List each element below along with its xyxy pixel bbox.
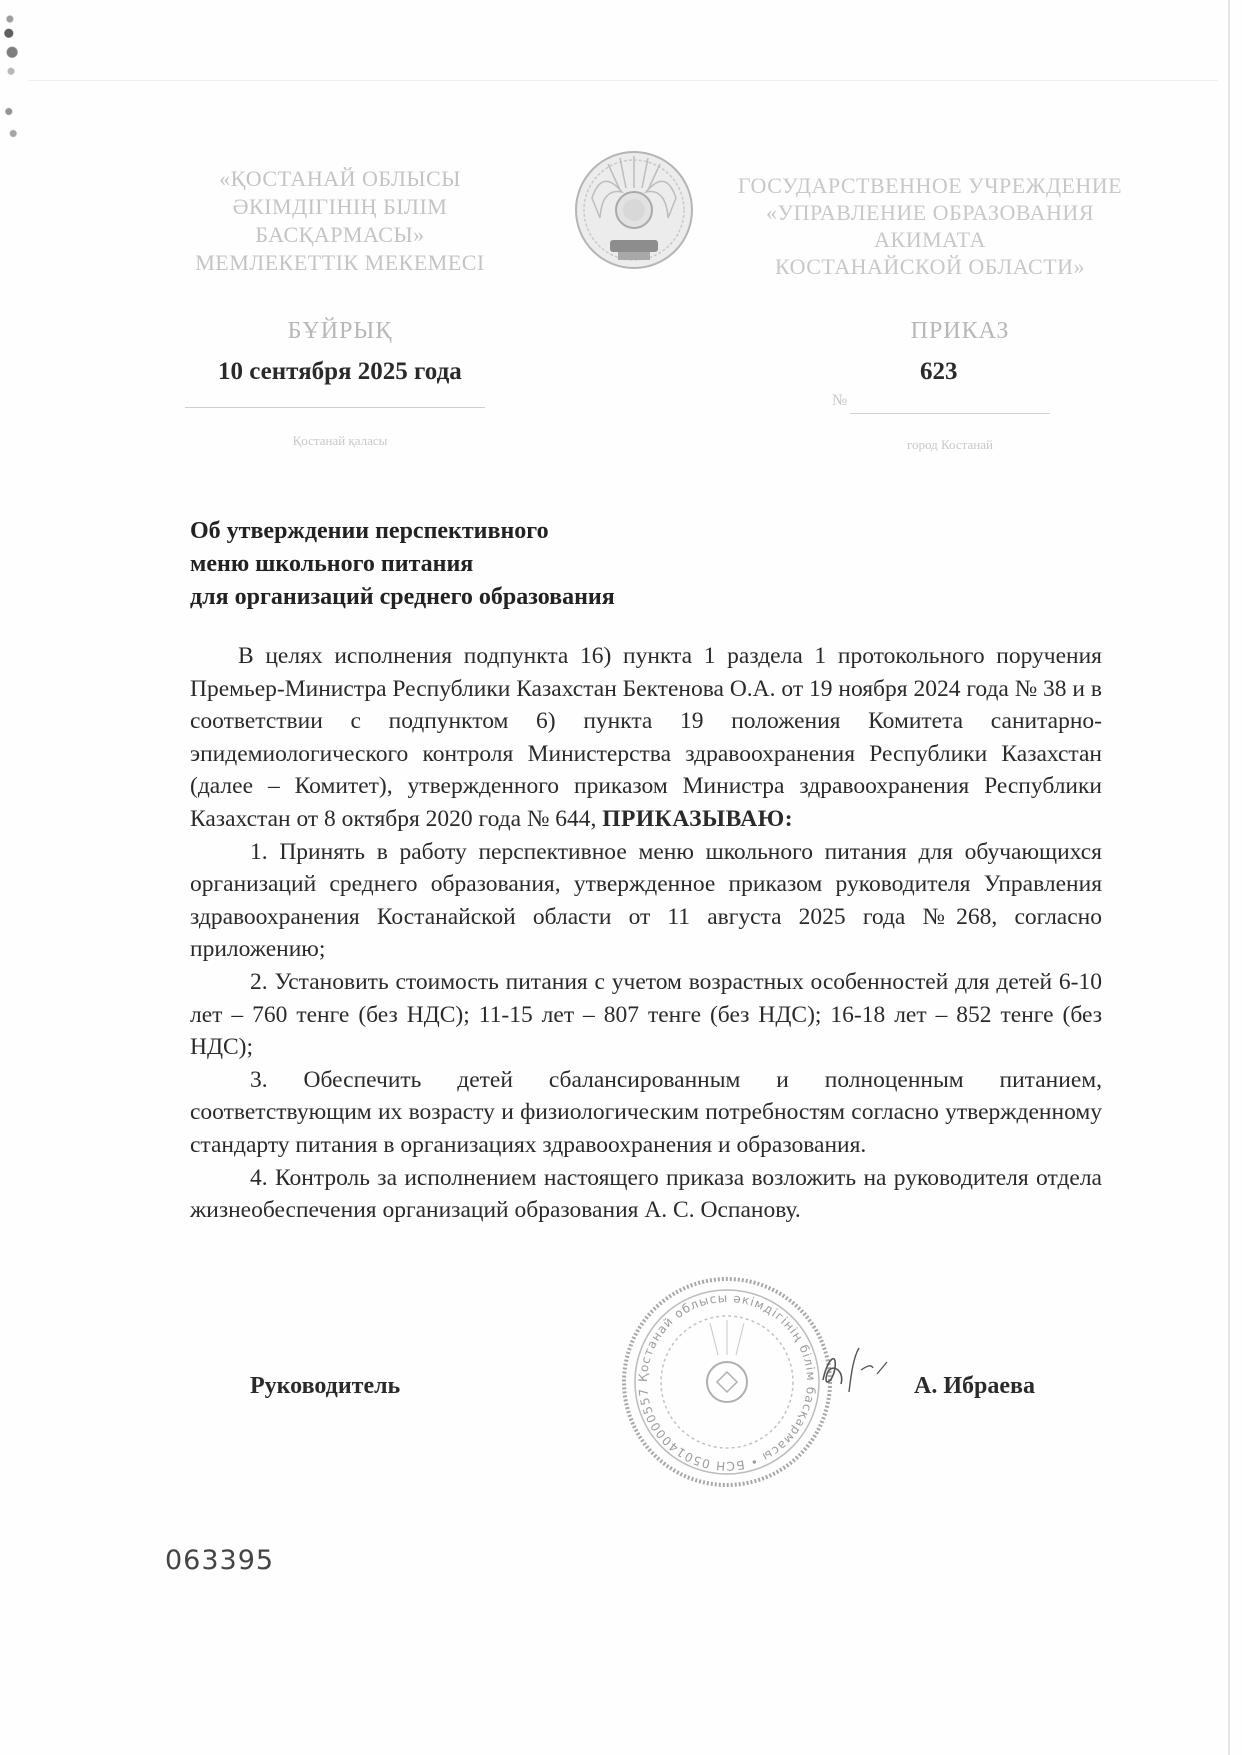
- city-kazakh: Қостанай қаласы: [240, 433, 440, 449]
- scan-speckle: [0, 0, 22, 95]
- order-date: 10 сентября 2025 года: [218, 358, 462, 386]
- date-underline: [185, 407, 485, 408]
- signatory-name: А. Ибраева: [914, 1373, 1035, 1400]
- order-item: 1. Принять в работу перспективное меню ш…: [190, 836, 1102, 966]
- document-page: «Қостанай облысы әкімдігінің білім басқа…: [0, 0, 1242, 1755]
- document-title: Об утверждении перспективного меню школь…: [190, 515, 615, 614]
- preamble-paragraph: В целях исполнения подпункта 16) пункта …: [190, 640, 1102, 836]
- title-line: для организаций среднего образования: [190, 581, 615, 614]
- svg-text:Қостанай облысы әкімдігінің бі: Қостанай облысы әкімдігінің білім басқар…: [636, 1291, 818, 1473]
- registration-number: 063395: [165, 1545, 274, 1576]
- order-word-russian: Приказ: [860, 318, 1060, 345]
- order-item: 2. Установить стоимость питания с учетом…: [190, 966, 1102, 1064]
- letterhead-line: Костанайской области»: [720, 253, 1140, 280]
- letterhead-line: мемлекеттік мекемесі: [170, 249, 510, 277]
- signatory-role: Руководитель: [250, 1373, 400, 1400]
- letterhead-russian-org: Государственное учреждение «Управление о…: [720, 172, 1140, 280]
- state-emblem-icon: [572, 148, 696, 272]
- scan-edge: [1228, 0, 1230, 1755]
- scan-speckle: [0, 95, 22, 150]
- preamble-text: В целях исполнения подпункта 16) пункта …: [190, 643, 1102, 832]
- preamble-command: ПРИКАЗЫВАЮ:: [602, 806, 793, 832]
- order-number: 623: [920, 358, 958, 386]
- letterhead-line: «Управление образования: [720, 199, 1140, 226]
- letterhead-line: Государственное учреждение: [720, 172, 1140, 199]
- letterhead-line: акимата: [720, 226, 1140, 253]
- letterhead-line: басқармасы»: [170, 221, 510, 249]
- number-underline: [850, 413, 1050, 414]
- order-item: 4. Контроль за исполнением настоящего пр…: [190, 1162, 1102, 1227]
- letterhead-line: «Қостанай облысы: [170, 165, 510, 193]
- seal-text: Қостанай облысы әкімдігінің білім басқар…: [636, 1291, 818, 1473]
- letterhead-line: әкімдігінің білім: [170, 193, 510, 221]
- scan-artifact-line: [28, 80, 1218, 81]
- handwritten-signature-icon: [815, 1340, 905, 1400]
- title-line: меню школьного питания: [190, 548, 615, 581]
- number-sign: №: [832, 392, 847, 410]
- official-seal-icon: Қостанай облысы әкімдігінің білім басқар…: [620, 1275, 835, 1490]
- city-russian: город Костанай: [860, 437, 1040, 453]
- title-line: Об утверждении перспективного: [190, 515, 615, 548]
- document-body: В целях исполнения подпункта 16) пункта …: [190, 640, 1102, 1227]
- order-item: 3. Обеспечить детей сбалансированным и п…: [190, 1064, 1102, 1162]
- order-word-kazakh: Бұйрық: [240, 318, 440, 345]
- letterhead-kazakh-org: «Қостанай облысы әкімдігінің білім басқа…: [170, 165, 510, 277]
